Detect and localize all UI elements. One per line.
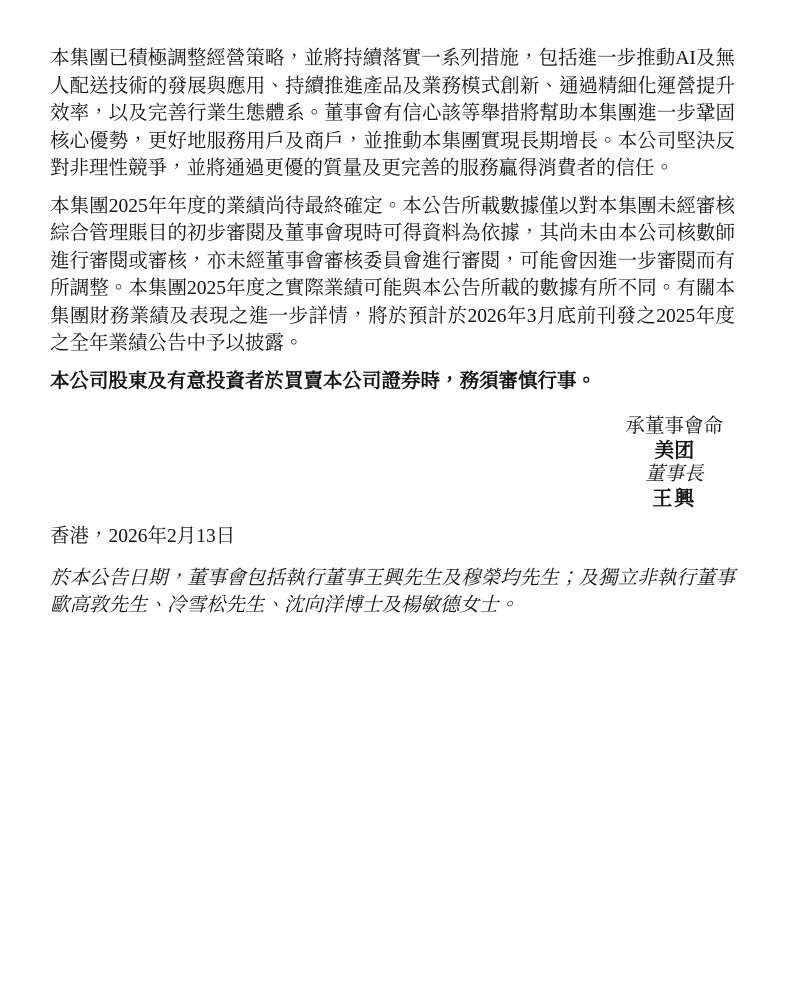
signature-block: 承董事會命 美团 董事長 王興 — [625, 415, 723, 511]
board-composition-note: 於本公告日期，董事會包括執行董事王興先生及穆榮均先生；及獨立非執行董事歐高敦先生… — [50, 565, 735, 620]
paragraph-disclaimer: 本集團2025年年度的業績尚待最終確定。本公告所載數據僅以對本集團未經審核綜合管… — [50, 193, 735, 358]
dateline: 香港，2026年2月13日 — [50, 523, 735, 551]
paragraph-strategy: 本集團已積極調整經營策略，並將持續落實一系列措施，包括進一步推動AI及無人配送技… — [50, 45, 735, 183]
chairman-title: 董事長 — [625, 463, 723, 487]
advisory-note: 本公司股東及有意投資者於買賣本公司證券時，務須審慎行事。 — [50, 368, 735, 396]
announcement-page: 本集團已積極調整經營策略，並將持續落實一系列措施，包括進一步推動AI及無人配送技… — [0, 0, 785, 1007]
company-name: 美团 — [625, 439, 723, 463]
by-order-of-board-line: 承董事會命 — [625, 415, 723, 439]
chairman-name: 王興 — [625, 487, 723, 511]
